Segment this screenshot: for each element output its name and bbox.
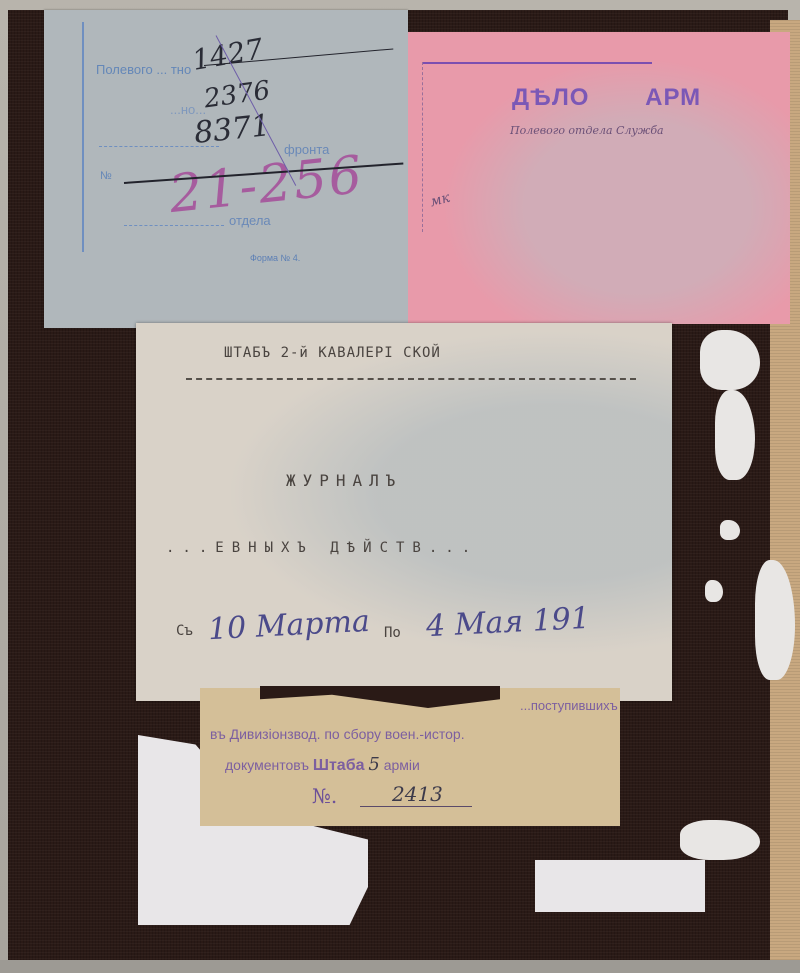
- to-prefix: По: [384, 625, 401, 641]
- worn-patch: [705, 580, 723, 602]
- dashed-rule: [124, 225, 224, 226]
- archive-stamp-label: ...поступившихъ въ Дивизіонзвод. по сбор…: [200, 688, 620, 826]
- to-date: 4 Мая 191: [425, 601, 590, 645]
- stamp-documents: документовъ: [225, 757, 309, 773]
- margin-line: [82, 22, 84, 252]
- handwritten-number: 8371: [192, 108, 272, 151]
- army-number: 5: [368, 754, 379, 775]
- case-stamp: ДѢЛО АРМ: [512, 84, 701, 112]
- stamp-frame-side: [422, 62, 423, 232]
- stamp-frame: [422, 62, 652, 64]
- bottom-edge: [0, 960, 800, 973]
- printed-text: Полевого ... тно: [96, 62, 191, 77]
- blue-form-label: Полевого ... тно ...но... фронта № отдел…: [44, 10, 408, 328]
- journal-title-label: ШТАБЪ 2-й КАВАЛЕРІ СКОЙ ЖУРНАЛЪ ...ЕВНЫХ…: [136, 323, 672, 701]
- number-underline: [360, 806, 472, 807]
- stamp-army: арміи: [384, 757, 420, 773]
- number-label: №.: [312, 784, 337, 808]
- from-date: 10 Марта: [207, 604, 370, 647]
- stamp-line-1: ...поступившихъ: [520, 698, 618, 713]
- stamp-staff: Штаба: [313, 757, 365, 774]
- purple-stamp-number: 21-256: [166, 145, 366, 225]
- from-prefix: Съ: [176, 623, 193, 639]
- journal-title: ЖУРНАЛЪ: [286, 471, 402, 490]
- stamp-line-3: документовъ Штаба 5 арміи: [225, 754, 420, 775]
- form-number: Форма № 4.: [250, 253, 300, 263]
- pink-case-label: ДѢЛО АРМ Полевого отдела Служба мк: [408, 32, 790, 324]
- stamp-line-2: въ Дивизіонзвод. по сбору воен.-истор.: [210, 726, 465, 742]
- journal-subtitle: ...ЕВНЫХЪ ДѢЙСТВ...: [166, 540, 478, 556]
- number-sign: №: [100, 170, 112, 182]
- case-stamp-army: АРМ: [645, 84, 701, 111]
- archive-number: 2413: [392, 782, 443, 806]
- worn-patch: [680, 820, 760, 860]
- staff-header: ШТАБЪ 2-й КАВАЛЕРІ СКОЙ: [224, 345, 441, 361]
- dashed-rule: [186, 378, 636, 380]
- handwritten-mark: мк: [428, 190, 451, 211]
- handwritten-number: 1427: [190, 32, 266, 77]
- case-stamp-word: ДѢЛО: [512, 84, 589, 111]
- handwritten-note: Полевого отдела Служба: [510, 124, 664, 137]
- torn-area: [260, 686, 500, 708]
- worn-patch: [720, 520, 740, 540]
- torn-white-paper: [535, 860, 705, 912]
